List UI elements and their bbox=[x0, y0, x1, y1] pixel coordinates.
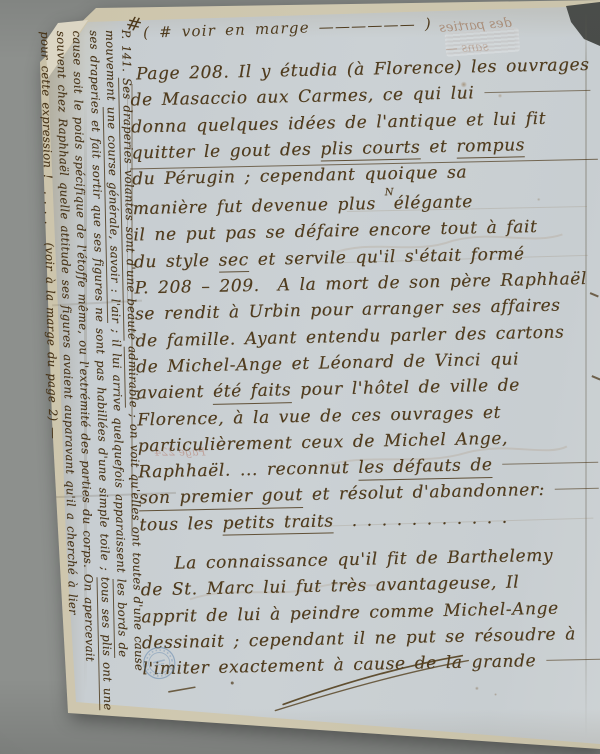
embossed-blind-stamp bbox=[445, 27, 521, 56]
page-content: # ( # voir en marge —————— ) des parties… bbox=[0, 0, 600, 754]
main-handwritten-text: Page 208. Il y étudia (à Florence) les o… bbox=[130, 52, 600, 683]
trailing-rule bbox=[484, 90, 590, 93]
trailing-rule bbox=[555, 488, 599, 490]
trailing-rule bbox=[502, 462, 598, 465]
foxing-spot bbox=[494, 693, 497, 696]
ink-flourish bbox=[156, 648, 487, 719]
insertion-mark: N bbox=[385, 187, 394, 198]
margin-annotation-rotated: P. 141. Ses draperies volantes sont d'un… bbox=[34, 29, 148, 723]
marginal-reference-note: ( # voir en marge —————— ) bbox=[143, 15, 432, 42]
trailing-rule bbox=[546, 659, 600, 661]
